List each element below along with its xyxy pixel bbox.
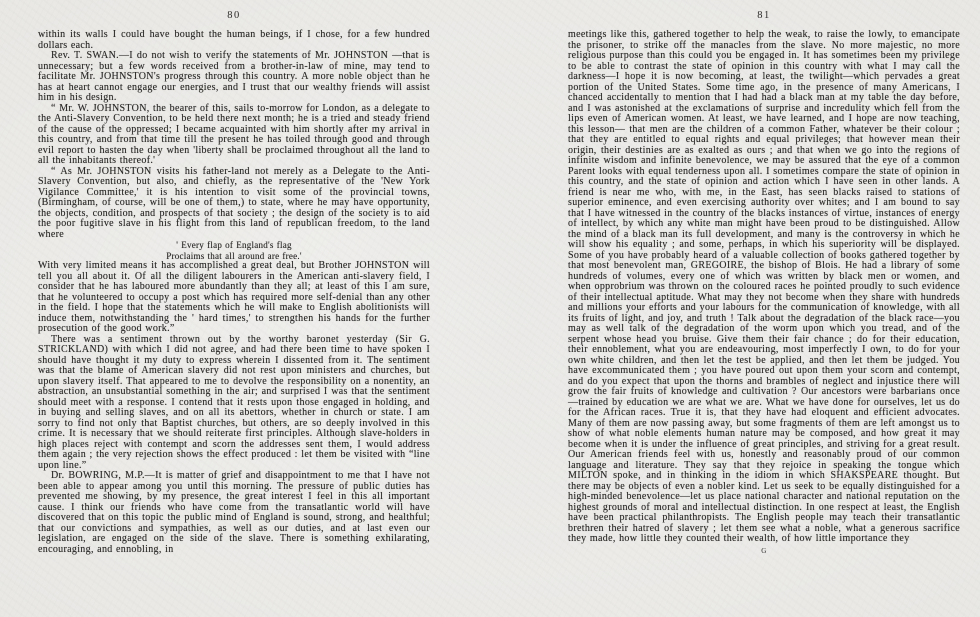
paragraph: within its walls I could have bought the…: [38, 30, 430, 51]
paragraph: “ Mr. W. JOHNSTON, the bearer of this, s…: [38, 104, 430, 167]
paragraph: meetings like this, gathered together to…: [568, 30, 960, 545]
paragraph: With very limited means it has accomplis…: [38, 261, 430, 335]
page-80: 80 within its walls I could have bought …: [38, 10, 430, 555]
book-spread-scan: 80 within its walls I could have bought …: [0, 0, 980, 617]
page-81: 81 meetings like this, gathered together…: [568, 10, 960, 555]
paragraph: There was a sentiment thrown out by the …: [38, 335, 430, 472]
verse-line: ' Every flap of England's flag: [38, 240, 430, 251]
page-number-right: 81: [568, 10, 960, 21]
paragraph: “ As Mr. JOHNSTON visits his father-land…: [38, 167, 430, 241]
paragraph: Dr. BOWRING, M.P.—It is matter of grief …: [38, 471, 430, 555]
page-80-text-column: within its walls I could have bought the…: [38, 30, 430, 555]
page-81-text-column: meetings like this, gathered together to…: [568, 30, 960, 545]
page-number-left: 80: [38, 10, 430, 21]
paragraph: Rev. T. SWAN.—I do not wish to verify th…: [38, 51, 430, 104]
printers-signature-mark: G: [568, 547, 960, 555]
